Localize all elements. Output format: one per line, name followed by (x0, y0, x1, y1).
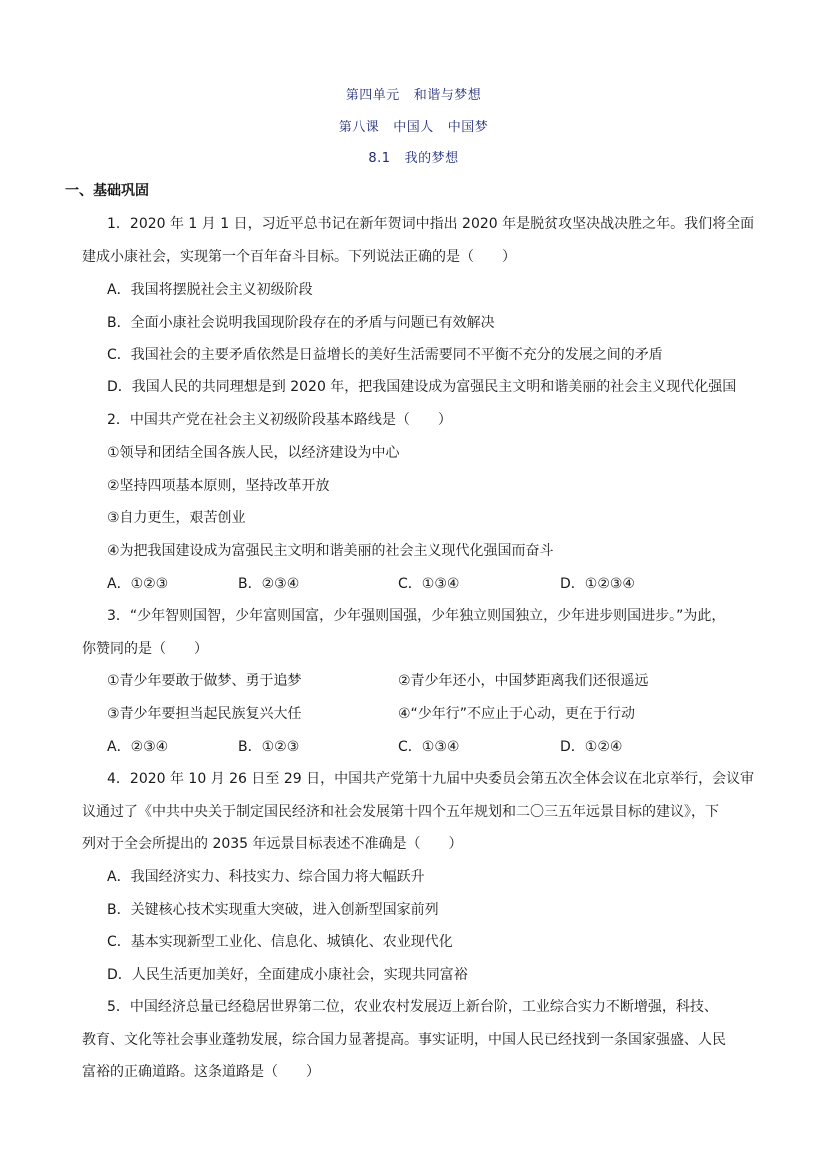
question-2-choice-a: A．①②③ (107, 575, 168, 593)
question-4-option-a: A．我国经济实力、科技实力、综合国力将大幅跃升 (107, 868, 425, 886)
question-1-option-c: C．我国社会的主要矛盾依然是日益增长的美好生活需要同不平衡不充分的发展之间的矛盾 (107, 346, 663, 364)
part-heading: 一、基础巩固 (65, 182, 149, 200)
question-3-choice-d: D．①②④ (560, 738, 622, 756)
question-1-stem-line-1: 1．2020 年 1 月 1 日，习近平总书记在新年贺词中指出 2020 年是脱… (107, 215, 754, 233)
question-4-option-c: C．基本实现新型工业化、信息化、城镇化、农业现代化 (107, 933, 453, 951)
lesson-label: 第八课 (339, 120, 380, 135)
document-page: 第四单元和谐与梦想 第八课中国人中国梦 8.1我的梦想 一、基础巩固 1．202… (0, 0, 827, 1169)
section-title-text: 我的梦想 (405, 151, 459, 166)
section-number: 8.1 (368, 151, 390, 166)
question-4-stem-line-3: 列对于全会所提出的 2035 年远景目标表述不准确是（ ） (82, 835, 463, 853)
question-3-choice-c: C．①③④ (398, 738, 459, 756)
unit-title-text: 和谐与梦想 (414, 88, 482, 103)
question-3-statement-2: ②青少年还小，中国梦距离我们还很遥远 (398, 672, 649, 690)
question-1-option-b: B．全面小康社会说明我国现阶段存在的矛盾与问题已有效解决 (107, 314, 495, 332)
unit-label: 第四单元 (346, 88, 400, 103)
question-2-statement-3: ③自力更生，艰苦创业 (107, 509, 246, 527)
question-2-choice-b: B．②③④ (238, 575, 299, 593)
unit-title: 第四单元和谐与梦想 (0, 88, 827, 104)
question-1-option-a: A．我国将摆脱社会主义初级阶段 (107, 281, 313, 299)
question-2-statement-4: ④为把我国建设成为富强民主文明和谐美丽的社会主义现代化强国而奋斗 (107, 542, 554, 560)
question-1-stem-line-2: 建成小康社会，实现第一个百年奋斗目标。下列说法正确的是（ ） (82, 248, 516, 266)
question-3-choice-b: B．①②③ (238, 738, 299, 756)
question-3-choice-a: A．②③④ (107, 738, 168, 756)
question-2-choice-d: D．①②③④ (560, 575, 635, 593)
question-4-stem-line-1: 4．2020 年 10 月 26 日至 29 日，中国共产党第十九届中央委员会第… (107, 770, 754, 788)
lesson-title-text-2: 中国梦 (448, 120, 489, 135)
question-3-stem-line-2: 你赞同的是（ ） (82, 640, 208, 658)
lesson-title: 第八课中国人中国梦 (0, 120, 827, 136)
question-2-stem: 2．中国共产党在社会主义初级阶段基本路线是（ ） (107, 411, 452, 429)
question-3-statement-4: ④“少年行”不应止于心动，更在于行动 (398, 705, 635, 723)
question-3-statement-3: ③青少年要担当起民族复兴大任 (107, 705, 302, 723)
question-2-choice-c: C．①③④ (398, 575, 459, 593)
lesson-title-text-1: 中国人 (393, 120, 434, 135)
question-2-statement-1: ①领导和团结全国各族人民，以经济建设为中心 (107, 444, 400, 462)
question-2-statement-2: ②坚持四项基本原则，坚持改革开放 (107, 477, 330, 495)
question-4-stem-line-2: 议通过了《中共中央关于制定国民经济和社会发展第十四个五年规划和二〇三五年远景目标… (82, 803, 719, 821)
section-title: 8.1我的梦想 (0, 151, 827, 167)
question-3-statement-1: ①青少年要敢于做梦、勇于追梦 (107, 672, 302, 690)
question-4-option-b: B．关键核心技术实现重大突破，进入创新型国家前列 (107, 901, 439, 919)
question-3-stem-line-1: 3．“少年智则国智，少年富则国富，少年强则国强，少年独立则国独立，少年进步则国进… (107, 607, 725, 625)
question-5-stem-line-1: 5．中国经济总量已经稳居世界第二位，农业农村发展迈上新台阶，工业综合实力不断增强… (107, 998, 718, 1016)
question-5-stem-line-3: 富裕的正确道路。这条道路是（ ） (82, 1063, 320, 1081)
question-1-option-d: D．我国人民的共同理想是到 2020 年，把我国建设成为富强民主文明和谐美丽的社… (107, 378, 736, 396)
question-5-stem-line-2: 教育、文化等社会事业蓬勃发展，综合国力显著提高。事实证明，中国人民已经找到一条国… (82, 1031, 726, 1049)
question-4-option-d: D．人民生活更加美好，全面建成小康社会，实现共同富裕 (107, 966, 468, 984)
